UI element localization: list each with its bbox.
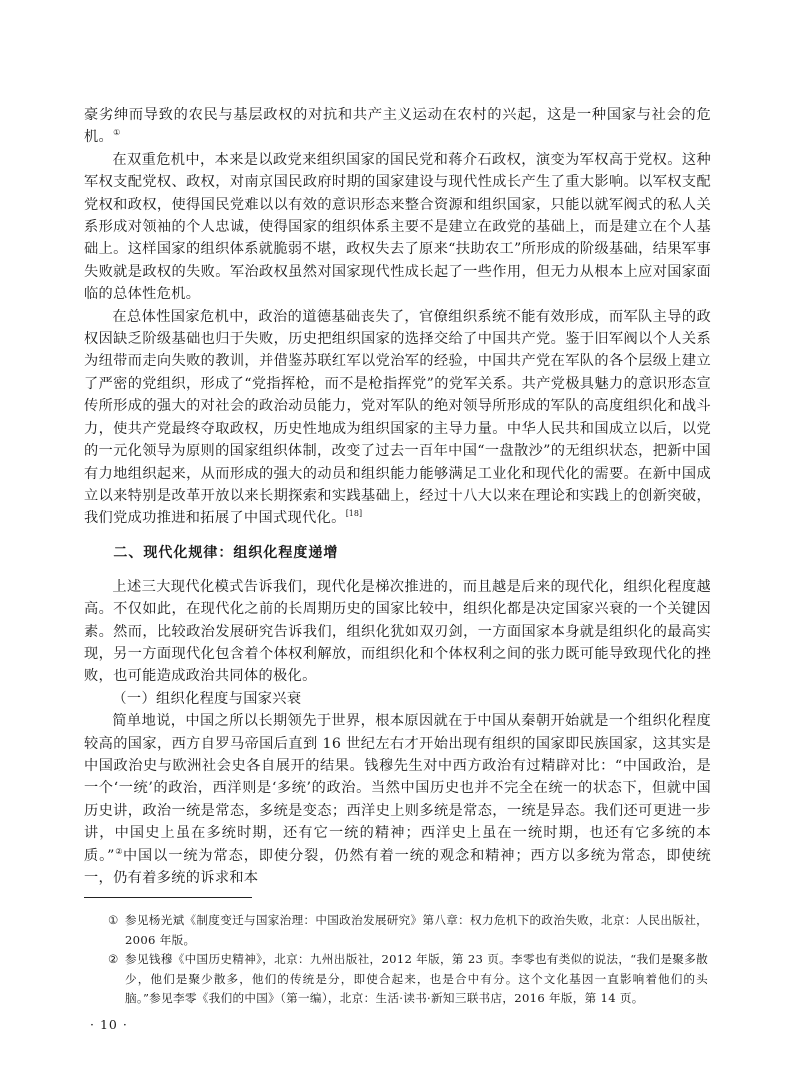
- paragraph-text: 在双重危机中，本来是以政党来组织国家的国民党和蒋介石政权，演变为军权高于党权。这…: [84, 152, 711, 302]
- paragraph-text: 上述三大现代化模式告诉我们，现代化是梯次推进的，而且越是后来的现代化，组织化程度…: [84, 579, 711, 685]
- section-heading: 二、现代化规律：组织化程度递增: [84, 542, 711, 564]
- paragraph-3: 在总体性国家危机中，政治的道德基础丧失了，官僚组织系统不能有效形成，而军队主导的…: [84, 306, 711, 530]
- footnote-divider: [84, 897, 252, 898]
- page-number: · 10 ·: [90, 1017, 128, 1032]
- footnote-text: 参见杨光斌《制度变迁与国家治理：中国政治发展研究》第八章：权力危机下的政治失败，…: [125, 913, 708, 947]
- citation-ref-18[interactable]: [18]: [346, 509, 362, 518]
- paragraph-1: 豪劣绅而导致的农民与基层政权的对抗和共产主义运动在农村的兴起，这是一种国家与社会…: [84, 104, 711, 149]
- footnote-ref-2[interactable]: ②: [115, 847, 123, 856]
- footnote-1: ①参见杨光斌《制度变迁与国家治理：中国政治发展研究》第八章：权力危机下的政治失败…: [108, 911, 708, 950]
- paragraph-text: 在总体性国家危机中，政治的道德基础丧失了，官僚组织系统不能有效形成，而军队主导的…: [84, 309, 711, 527]
- footnote-ref-1[interactable]: ①: [113, 128, 120, 137]
- footnote-mark: ②: [108, 950, 125, 970]
- paragraph-2: 在双重危机中，本来是以政党来组织国家的国民党和蒋介石政权，演变为军权高于党权。这…: [84, 149, 711, 306]
- footnote-text: 参见钱穆《中国历史精神》，北京：九州出版社，2012 年版，第 23 页。李零也…: [125, 952, 708, 1005]
- paragraph-4: 上述三大现代化模式告诉我们，现代化是梯次推进的，而且越是后来的现代化，组织化程度…: [84, 576, 711, 688]
- footnote-mark: ①: [108, 911, 125, 931]
- paragraph-text-continued: 中国以一统为常态，即使分裂，仍然有着一统的观念和精神；西方以多统为常态，即使统一…: [84, 848, 711, 886]
- footnotes: ①参见杨光斌《制度变迁与国家治理：中国政治发展研究》第八章：权力危机下的政治失败…: [108, 911, 708, 1009]
- paragraph-text: 简单地说，中国之所以长期领先于世界，根本原因就在于中国从秦朝开始就是一个组织化程…: [84, 713, 711, 863]
- subsection-heading: （一）组织化程度与国家兴衰: [84, 688, 711, 710]
- footnote-2: ②参见钱穆《中国历史精神》，北京：九州出版社，2012 年版，第 23 页。李零…: [108, 950, 708, 1009]
- paragraph-text: 豪劣绅而导致的农民与基层政权的对抗和共产主义运动在农村的兴起，这是一种国家与社会…: [84, 107, 711, 145]
- page-body: 豪劣绅而导致的农民与基层政权的对抗和共产主义运动在农村的兴起，这是一种国家与社会…: [84, 104, 711, 889]
- paragraph-5: 简单地说，中国之所以长期领先于世界，根本原因就在于中国从秦朝开始就是一个组织化程…: [84, 710, 711, 889]
